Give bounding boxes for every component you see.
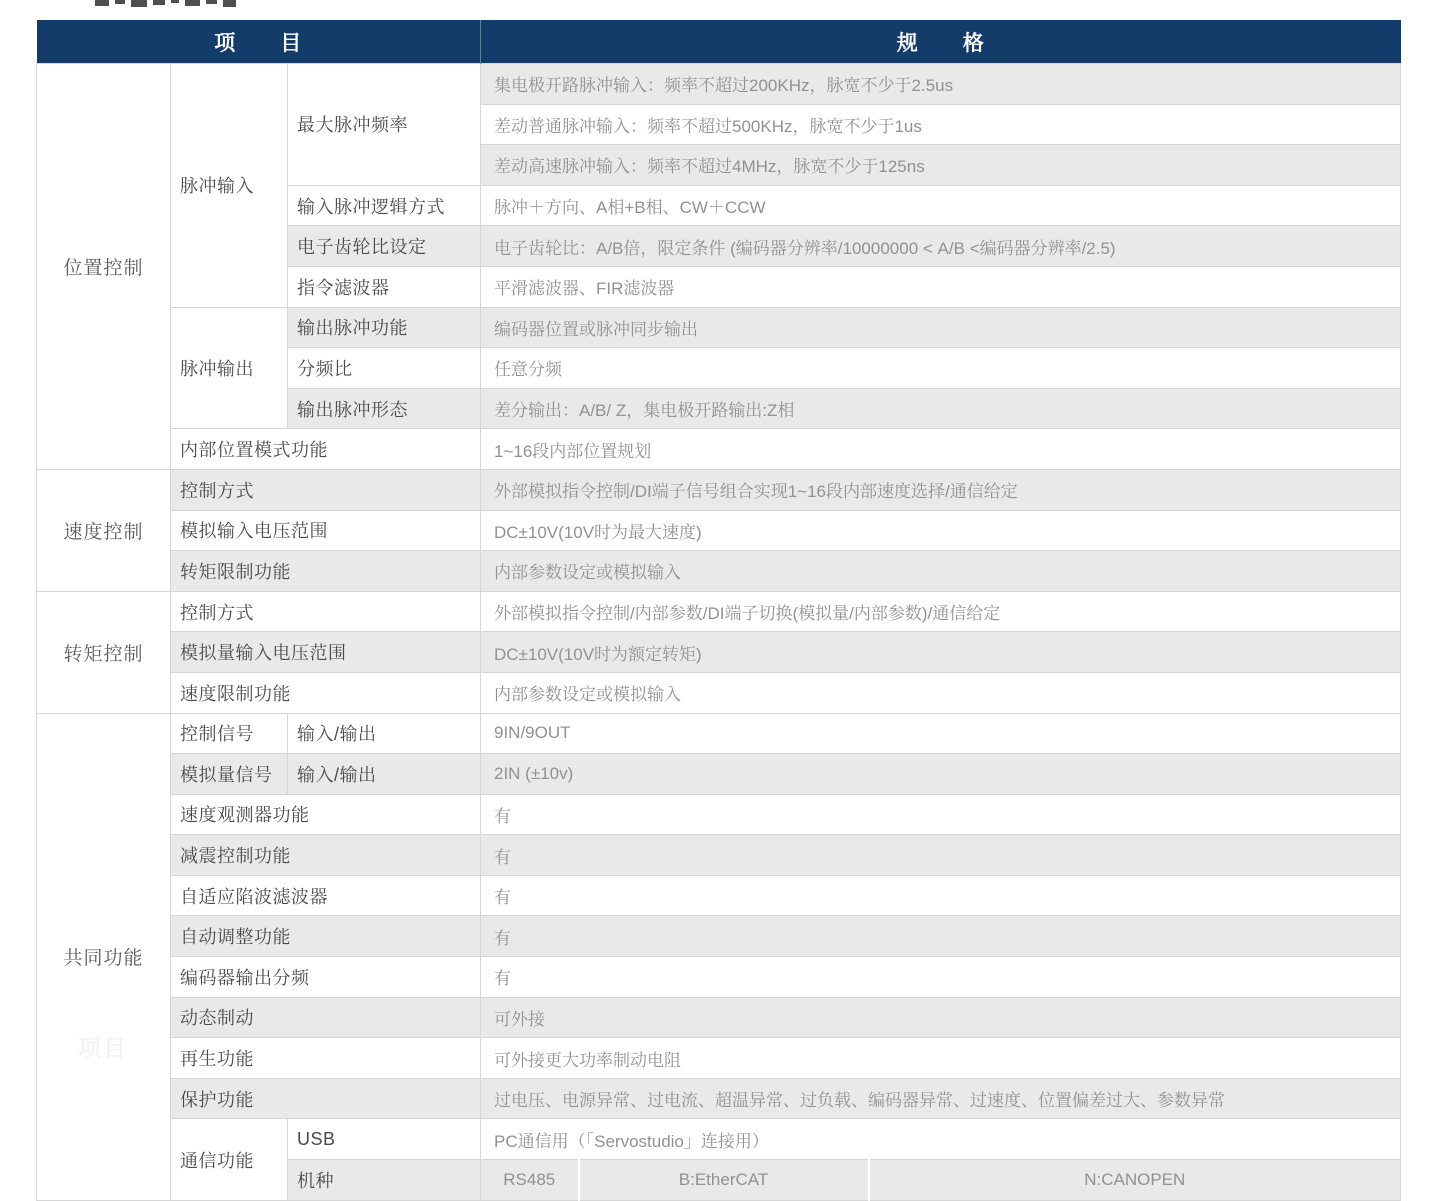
column-header-item: 项 目 bbox=[37, 20, 481, 64]
cell-torque-ctrl-label: 控制方式 bbox=[171, 591, 481, 632]
cell-gear-spec: 电子齿轮比：A/B倍，限定条件 (编码器分辨率/10000000 < A/B <… bbox=[481, 226, 1401, 267]
cell-torque-limit-spec: 内部参数设定或模拟输入 bbox=[481, 551, 1401, 592]
cell-internal-pos-spec: 1~16段内部位置规划 bbox=[481, 429, 1401, 470]
cell-protection-spec: 过电压、电源异常、过电流、超温异常、过负载、编码器异常、过速度、位置偏差过大、参… bbox=[481, 1078, 1401, 1119]
cell-pulse-input: 脉冲输入 bbox=[171, 64, 288, 308]
cell-speed-limit-label: 速度限制功能 bbox=[171, 672, 481, 713]
cell-autotune-spec: 有 bbox=[481, 916, 1401, 957]
cell-speed-ctrl-spec: 外部模拟指令控制/DI端子信号组合实现1~16段内部速度选择/通信给定 bbox=[481, 469, 1401, 510]
cell-div-spec: 任意分频 bbox=[481, 348, 1401, 389]
cell-out-form-spec: 差分输出：A/B/ Z，集电极开路输出:Z相 bbox=[481, 388, 1401, 429]
row-speed-analog-range: 模拟输入电压范围 DC±10V(10V时为最大速度) bbox=[37, 510, 1401, 551]
cell-section-position-control: 位置控制 bbox=[37, 64, 171, 470]
cell-analog-signal-spec: 2IN (±10v) bbox=[481, 754, 1401, 795]
row-protection: 保护功能 过电压、电源异常、过电流、超温异常、过负载、编码器异常、过速度、位置偏… bbox=[37, 1078, 1401, 1119]
cell-speed-limit-spec: 内部参数设定或模拟输入 bbox=[481, 672, 1401, 713]
row-torque-limit: 转矩限制功能 内部参数设定或模拟输入 bbox=[37, 551, 1401, 592]
clipped-text-fragments bbox=[95, 0, 236, 8]
cell-model-rs485: RS485 bbox=[481, 1160, 579, 1201]
cell-encoder-div-spec: 有 bbox=[481, 957, 1401, 998]
cell-analog-signal-io: 输入/输出 bbox=[288, 754, 481, 795]
row-torque-ctrl-mode: 转矩控制 控制方式 外部模拟指令控制/内部参数/DI端子切换(模拟量/内部参数)… bbox=[37, 591, 1401, 632]
cell-pulse-output: 脉冲输出 bbox=[171, 307, 288, 429]
cell-speed-analog-label: 模拟输入电压范围 bbox=[171, 510, 481, 551]
cell-section-common-functions: 共同功能 bbox=[37, 713, 171, 1200]
cell-notch-label: 自适应陷波滤波器 bbox=[171, 875, 481, 916]
cell-usb-label: USB bbox=[288, 1119, 481, 1160]
row-torque-analog-range: 模拟量输入电压范围 DC±10V(10V时为额定转矩) bbox=[37, 632, 1401, 673]
cell-encoder-div-label: 编码器输出分频 bbox=[171, 957, 481, 998]
cell-spec-diff-normal: 差动普通脉冲输入：频率不超过500KHz，脉宽不少于1us bbox=[481, 104, 1401, 145]
row-speed-ctrl-mode: 速度控制 控制方式 外部模拟指令控制/DI端子信号组合实现1~16段内部速度选择… bbox=[37, 469, 1401, 510]
header-row: 项 目 规 格 bbox=[37, 20, 1401, 64]
row-dynamic-brake: 动态制动 可外接 bbox=[37, 997, 1401, 1038]
cell-notch-spec: 有 bbox=[481, 875, 1401, 916]
cell-dynamic-brake-label: 动态制动 bbox=[171, 997, 481, 1038]
cell-speed-analog-spec: DC±10V(10V时为最大速度) bbox=[481, 510, 1401, 551]
cell-speed-observer-label: 速度观测器功能 bbox=[171, 794, 481, 835]
cell-model-label: 机种 bbox=[288, 1160, 481, 1201]
row-encoder-division: 编码器输出分频 有 bbox=[37, 957, 1401, 998]
cell-comm-func: 通信功能 bbox=[171, 1119, 288, 1200]
cell-dynamic-brake-spec: 可外接 bbox=[481, 997, 1401, 1038]
row-analog-signal: 模拟量信号 输入/输出 2IN (±10v) bbox=[37, 754, 1401, 795]
row-damping-control: 减震控制功能 有 bbox=[37, 835, 1401, 876]
row-speed-limit: 速度限制功能 内部参数设定或模拟输入 bbox=[37, 672, 1401, 713]
row-notch-filter: 自适应陷波滤波器 有 bbox=[37, 875, 1401, 916]
cell-torque-limit-label: 转矩限制功能 bbox=[171, 551, 481, 592]
cell-section-torque-control: 转矩控制 bbox=[37, 591, 171, 713]
cell-logic-label: 输入脉冲逻辑方式 bbox=[288, 185, 481, 226]
cell-protection-label: 保护功能 bbox=[171, 1078, 481, 1119]
row-auto-tuning: 自动调整功能 有 bbox=[37, 916, 1401, 957]
cell-section-speed-control: 速度控制 bbox=[37, 469, 171, 591]
row-speed-observer: 速度观测器功能 有 bbox=[37, 794, 1401, 835]
cell-damping-label: 减震控制功能 bbox=[171, 835, 481, 876]
cell-ctrl-signal-label: 控制信号 bbox=[171, 713, 288, 754]
cell-torque-analog-spec: DC±10V(10V时为额定转矩) bbox=[481, 632, 1401, 673]
cell-out-func-spec: 编码器位置或脉冲同步输出 bbox=[481, 307, 1401, 348]
row-control-signal: 共同功能 控制信号 输入/输出 9IN/9OUT bbox=[37, 713, 1401, 754]
cell-spec-open-collector: 集电极开路脉冲输入：频率不超过200KHz，脉宽不少于2.5us bbox=[481, 64, 1401, 105]
cell-out-func-label: 输出脉冲功能 bbox=[288, 307, 481, 348]
cell-autotune-label: 自动调整功能 bbox=[171, 916, 481, 957]
table-header: 项 目 规 格 bbox=[37, 20, 1401, 64]
row-internal-position: 内部位置模式功能 1~16段内部位置规划 bbox=[37, 429, 1401, 470]
cell-analog-signal-label: 模拟量信号 bbox=[171, 754, 288, 795]
table-body: 位置控制 脉冲输入 最大脉冲频率 集电极开路脉冲输入：频率不超过200KHz，脉… bbox=[37, 64, 1401, 1201]
spec-table: 项 目 规 格 位置控制 脉冲输入 最大脉冲频率 集电极开路脉冲输入：频率不超过… bbox=[36, 20, 1401, 1201]
cell-regen-label: 再生功能 bbox=[171, 1038, 481, 1079]
cell-ctrl-signal-spec: 9IN/9OUT bbox=[481, 713, 1401, 754]
cell-damping-spec: 有 bbox=[481, 835, 1401, 876]
cell-gear-label: 电子齿轮比设定 bbox=[288, 226, 481, 267]
cell-speed-observer-spec: 有 bbox=[481, 794, 1401, 835]
cell-usb-spec: PC通信用（「Servostudio」连接用） bbox=[481, 1119, 1401, 1160]
cell-div-label: 分频比 bbox=[288, 348, 481, 389]
cell-ctrl-signal-io: 输入/输出 bbox=[288, 713, 481, 754]
cell-regen-spec: 可外接更大功率制动电阻 bbox=[481, 1038, 1401, 1079]
column-header-spec: 规 格 bbox=[481, 20, 1401, 64]
cell-spec-diff-high: 差动高速脉冲输入：频率不超过4MHz，脉宽不少于125ns bbox=[481, 145, 1401, 186]
cell-model-canopen: N:CANOPEN bbox=[869, 1160, 1401, 1201]
row-regeneration: 再生功能 可外接更大功率制动电阻 bbox=[37, 1038, 1401, 1079]
cell-out-form-label: 输出脉冲形态 bbox=[288, 388, 481, 429]
cell-logic-spec: 脉冲＋方向、A相+B相、CW＋CCW bbox=[481, 185, 1401, 226]
row-usb: 通信功能 USB PC通信用（「Servostudio」连接用） bbox=[37, 1119, 1401, 1160]
cell-torque-analog-label: 模拟量输入电压范围 bbox=[171, 632, 481, 673]
row-output-pulse-func: 脉冲输出 输出脉冲功能 编码器位置或脉冲同步输出 bbox=[37, 307, 1401, 348]
cell-filter-label: 指令滤波器 bbox=[288, 266, 481, 307]
cell-filter-spec: 平滑滤波器、FIR滤波器 bbox=[481, 266, 1401, 307]
cell-speed-ctrl-label: 控制方式 bbox=[171, 469, 481, 510]
cell-max-pulse-freq: 最大脉冲频率 bbox=[288, 64, 481, 186]
cell-internal-pos-label: 内部位置模式功能 bbox=[171, 429, 481, 470]
cell-torque-ctrl-spec: 外部模拟指令控制/内部参数/DI端子切换(模拟量/内部参数)/通信给定 bbox=[481, 591, 1401, 632]
cell-model-ethercat: B:EtherCAT bbox=[579, 1160, 869, 1201]
row-max-freq-open-collector: 位置控制 脉冲输入 最大脉冲频率 集电极开路脉冲输入：频率不超过200KHz，脉… bbox=[37, 64, 1401, 105]
